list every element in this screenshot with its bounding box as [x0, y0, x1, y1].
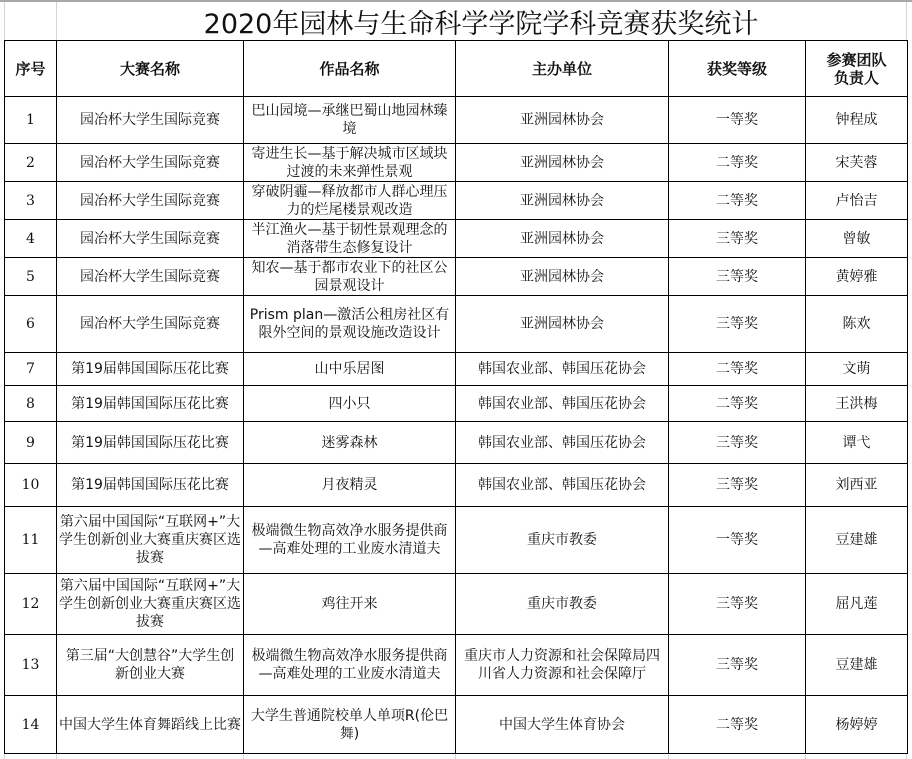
cell-leader[interactable]: 屈凡莲	[806, 574, 908, 635]
cell-no[interactable]: 7	[5, 353, 57, 386]
cell-leader[interactable]: 黄婷雅	[806, 258, 908, 296]
cell-leader[interactable]: 陈欢	[806, 296, 908, 353]
cell-organizer[interactable]: 韩国农业部、韩国压花协会	[456, 386, 669, 422]
cell-competition[interactable]: 第六届中国国际“互联网+”大学生创新创业大赛重庆赛区选拔赛	[57, 574, 244, 635]
table-row: 11第六届中国国际“互联网+”大学生创新创业大赛重庆赛区选拔赛极端微生物高效净水…	[5, 507, 908, 574]
cell-award[interactable]: 三等奖	[669, 258, 806, 296]
cell-organizer[interactable]: 韩国农业部、韩国压花协会	[456, 353, 669, 386]
header-row: 序号 大赛名称 作品名称 主办单位 获奖等级 参赛团队 负责人	[5, 41, 908, 97]
header-no[interactable]: 序号	[5, 41, 57, 97]
header-leader-line2: 负责人	[808, 69, 905, 87]
cell-work[interactable]: 鸡往开来	[244, 574, 456, 635]
cell-award[interactable]: 三等奖	[669, 635, 806, 696]
cell-competition[interactable]: 园冶杯大学生国际竞赛	[57, 220, 244, 258]
cell-work[interactable]: 寄进生长—基于解决城市区域块过渡的未来弹性景观	[244, 144, 456, 182]
table-row: 4园冶杯大学生国际竞赛半江渔火—基于韧性景观理念的消落带生态修复设计亚洲园林协会…	[5, 220, 908, 258]
sheet-title: 2020年园林与生命科学学院学科竞赛获奖统计	[56, 2, 906, 40]
cell-competition[interactable]: 第19届韩国国际压花比赛	[57, 353, 244, 386]
cell-organizer[interactable]: 亚洲园林协会	[456, 296, 669, 353]
cell-competition[interactable]: 第六届中国国际“互联网+”大学生创新创业大赛重庆赛区选拔赛	[57, 507, 244, 574]
cell-work[interactable]: 知农—基于都市农业下的社区公园景观设计	[244, 258, 456, 296]
cell-competition[interactable]: 第19届韩国国际压花比赛	[57, 386, 244, 422]
cell-no[interactable]: 8	[5, 386, 57, 422]
table-row: 9第19届韩国国际压花比赛迷雾森林韩国农业部、韩国压花协会三等奖谭弋	[5, 422, 908, 464]
table-row: 2园冶杯大学生国际竞赛寄进生长—基于解决城市区域块过渡的未来弹性景观亚洲园林协会…	[5, 144, 908, 182]
cell-no[interactable]: 11	[5, 507, 57, 574]
cell-competition[interactable]: 第19届韩国国际压花比赛	[57, 464, 244, 507]
cell-organizer[interactable]: 重庆市人力资源和社会保障局四川省人力资源和社会保障厅	[456, 635, 669, 696]
cell-leader[interactable]: 豆建雄	[806, 507, 908, 574]
cell-work[interactable]: 巴山园境—承继巴蜀山地园林臻境	[244, 97, 456, 144]
cell-leader[interactable]: 钟程成	[806, 97, 908, 144]
table-row: 7第19届韩国国际压花比赛山中乐居图韩国农业部、韩国压花协会二等奖文萌	[5, 353, 908, 386]
cell-work[interactable]: 山中乐居图	[244, 353, 456, 386]
cell-organizer[interactable]: 亚洲园林协会	[456, 258, 669, 296]
cell-award[interactable]: 二等奖	[669, 386, 806, 422]
cell-leader[interactable]: 王洪梅	[806, 386, 908, 422]
table-row: 14中国大学生体育舞蹈线上比赛大学生普通院校单人单项R(伦巴舞)中国大学生体育协…	[5, 696, 908, 754]
cell-organizer[interactable]: 韩国农业部、韩国压花协会	[456, 422, 669, 464]
cell-award[interactable]: 二等奖	[669, 696, 806, 754]
header-organizer[interactable]: 主办单位	[456, 41, 669, 97]
cell-award[interactable]: 三等奖	[669, 422, 806, 464]
cell-award[interactable]: 一等奖	[669, 97, 806, 144]
cell-award[interactable]: 一等奖	[669, 507, 806, 574]
cell-no[interactable]: 10	[5, 464, 57, 507]
cell-competition[interactable]: 第三届“大创慧谷”大学生创新创业大赛	[57, 635, 244, 696]
cell-leader[interactable]: 卢怡吉	[806, 182, 908, 220]
gridline	[906, 2, 907, 40]
header-award[interactable]: 获奖等级	[669, 41, 806, 97]
cell-competition[interactable]: 中国大学生体育舞蹈线上比赛	[57, 696, 244, 754]
cell-no[interactable]: 2	[5, 144, 57, 182]
header-leader[interactable]: 参赛团队 负责人	[806, 41, 908, 97]
cell-award[interactable]: 三等奖	[669, 574, 806, 635]
table-row: 3园冶杯大学生国际竞赛穿破阴霾—释放都市人群心理压力的烂尾楼景观改造亚洲园林协会…	[5, 182, 908, 220]
cell-organizer[interactable]: 重庆市教委	[456, 574, 669, 635]
cell-work[interactable]: 四小只	[244, 386, 456, 422]
cell-organizer[interactable]: 韩国农业部、韩国压花协会	[456, 464, 669, 507]
cell-work[interactable]: 极端微生物高效净水服务提供商—高难处理的工业废水清道夫	[244, 635, 456, 696]
cell-work[interactable]: Prism plan—激活公租房社区有限外空间的景观设施改造设计	[244, 296, 456, 353]
cell-competition[interactable]: 第19届韩国国际压花比赛	[57, 422, 244, 464]
cell-work[interactable]: 穿破阴霾—释放都市人群心理压力的烂尾楼景观改造	[244, 182, 456, 220]
cell-competition[interactable]: 园冶杯大学生国际竞赛	[57, 296, 244, 353]
cell-no[interactable]: 3	[5, 182, 57, 220]
cell-work[interactable]: 迷雾森林	[244, 422, 456, 464]
table-row: 6园冶杯大学生国际竞赛Prism plan—激活公租房社区有限外空间的景观设施改…	[5, 296, 908, 353]
cell-no[interactable]: 12	[5, 574, 57, 635]
cell-award[interactable]: 三等奖	[669, 296, 806, 353]
cell-leader[interactable]: 刘西亚	[806, 464, 908, 507]
cell-no[interactable]: 6	[5, 296, 57, 353]
header-leader-line1: 参赛团队	[808, 51, 905, 69]
table-row: 5园冶杯大学生国际竞赛知农—基于都市农业下的社区公园景观设计亚洲园林协会三等奖黄…	[5, 258, 908, 296]
cell-leader[interactable]: 文萌	[806, 353, 908, 386]
gridline	[4, 2, 5, 40]
table-row: 10第19届韩国国际压花比赛月夜精灵韩国农业部、韩国压花协会三等奖刘西亚	[5, 464, 908, 507]
cell-organizer[interactable]: 亚洲园林协会	[456, 144, 669, 182]
cell-leader[interactable]: 曾敏	[806, 220, 908, 258]
cell-organizer[interactable]: 亚洲园林协会	[456, 182, 669, 220]
cell-award[interactable]: 二等奖	[669, 182, 806, 220]
table-row: 8第19届韩国国际压花比赛四小只韩国农业部、韩国压花协会二等奖王洪梅	[5, 386, 908, 422]
cell-organizer[interactable]: 亚洲园林协会	[456, 220, 669, 258]
cell-work[interactable]: 月夜精灵	[244, 464, 456, 507]
cell-work[interactable]: 半江渔火—基于韧性景观理念的消落带生态修复设计	[244, 220, 456, 258]
cell-competition[interactable]: 园冶杯大学生国际竞赛	[57, 182, 244, 220]
cell-no[interactable]: 9	[5, 422, 57, 464]
cell-organizer[interactable]: 重庆市教委	[456, 507, 669, 574]
cell-award[interactable]: 二等奖	[669, 353, 806, 386]
cell-work[interactable]: 极端微生物高效净水服务提供商—高难处理的工业废水清道夫	[244, 507, 456, 574]
header-competition[interactable]: 大赛名称	[57, 41, 244, 97]
cell-no[interactable]: 5	[5, 258, 57, 296]
cell-leader[interactable]: 杨婷婷	[806, 696, 908, 754]
cell-no[interactable]: 14	[5, 696, 57, 754]
cell-competition[interactable]: 园冶杯大学生国际竞赛	[57, 258, 244, 296]
awards-table: 序号 大赛名称 作品名称 主办单位 获奖等级 参赛团队 负责人 1园冶杯大学生国…	[4, 40, 908, 754]
cell-work[interactable]: 大学生普通院校单人单项R(伦巴舞)	[244, 696, 456, 754]
cell-leader[interactable]: 谭弋	[806, 422, 908, 464]
table-row: 1园冶杯大学生国际竞赛巴山园境—承继巴蜀山地园林臻境亚洲园林协会一等奖钟程成	[5, 97, 908, 144]
cell-no[interactable]: 4	[5, 220, 57, 258]
cell-award[interactable]: 三等奖	[669, 220, 806, 258]
table-row: 12第六届中国国际“互联网+”大学生创新创业大赛重庆赛区选拔赛鸡往开来重庆市教委…	[5, 574, 908, 635]
cell-leader[interactable]: 豆建雄	[806, 635, 908, 696]
cell-organizer[interactable]: 中国大学生体育协会	[456, 696, 669, 754]
cell-no[interactable]: 13	[5, 635, 57, 696]
gridline-bottom	[0, 754, 912, 759]
cell-no[interactable]: 1	[5, 97, 57, 144]
cell-competition[interactable]: 园冶杯大学生国际竞赛	[57, 144, 244, 182]
header-work[interactable]: 作品名称	[244, 41, 456, 97]
cell-leader[interactable]: 宋芙蓉	[806, 144, 908, 182]
table-row: 13第三届“大创慧谷”大学生创新创业大赛极端微生物高效净水服务提供商—高难处理的…	[5, 635, 908, 696]
cell-award[interactable]: 二等奖	[669, 144, 806, 182]
cell-organizer[interactable]: 亚洲园林协会	[456, 97, 669, 144]
cell-competition[interactable]: 园冶杯大学生国际竞赛	[57, 97, 244, 144]
cell-award[interactable]: 三等奖	[669, 464, 806, 507]
